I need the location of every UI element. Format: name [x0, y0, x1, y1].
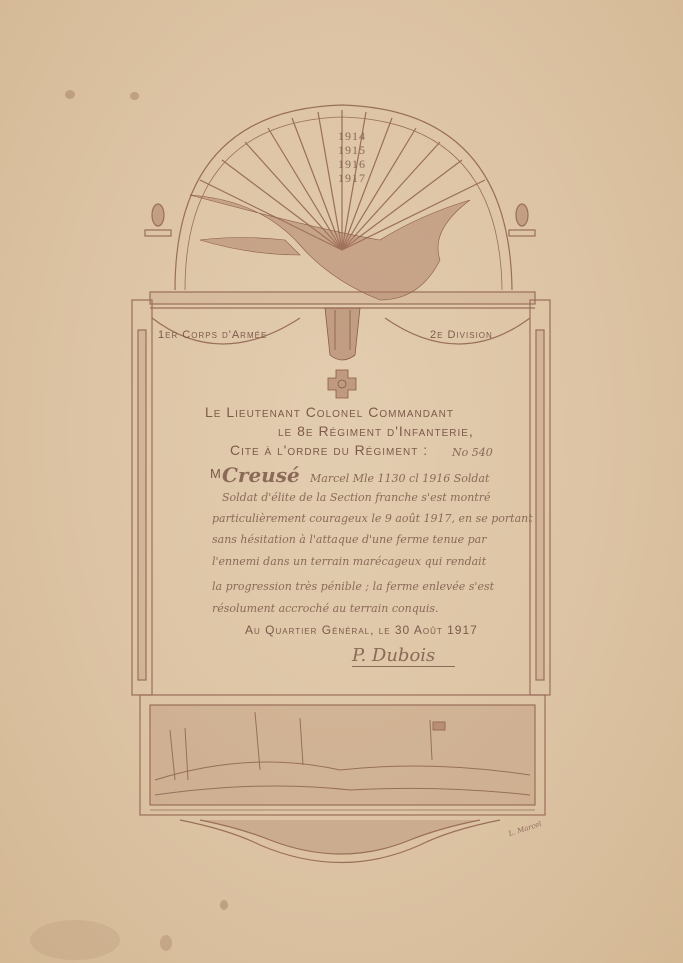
years-cartouche: 1914 1915 1916 1917	[327, 129, 377, 185]
corps-label: 1er Corps d'Armée	[158, 329, 267, 341]
citation-body-line: la progression très pénible ; la ferme e…	[212, 580, 494, 593]
year-1915: 1915	[327, 143, 377, 157]
citation-body-line: particulièrement courageux le 9 août 191…	[212, 512, 533, 525]
signature: P. Dubois	[352, 645, 455, 667]
order-number: No 540	[452, 446, 493, 459]
recipient-name: Creusé	[222, 463, 300, 487]
place-date: Au Quartier Général, le 30 Août 1917	[245, 623, 478, 637]
citation-body-line: sans hésitation à l'attaque d'une ferme …	[212, 533, 486, 546]
heading-line-3: Cite à l'ordre du Régiment :	[230, 442, 428, 458]
heading-line-1: Le Lieutenant Colonel Commandant	[205, 404, 454, 420]
year-1917: 1917	[327, 171, 377, 185]
recipient-details: Marcel Mle 1130 cl 1916 Soldat	[310, 472, 489, 485]
division-label: 2e Division	[430, 329, 493, 341]
croix-de-guerre-icon	[325, 308, 360, 398]
citation-body-line: Soldat d'élite de la Section franche s'e…	[222, 491, 491, 504]
year-1916: 1916	[327, 157, 377, 171]
winged-victory-illustration	[190, 195, 470, 300]
recipient-prefix: M	[210, 466, 222, 481]
year-1914: 1914	[327, 129, 377, 143]
citation-body-line: résolument accroché au terrain conquis.	[212, 602, 439, 615]
heading-line-2: le 8e Régiment d'Infanterie,	[278, 423, 474, 439]
citation-body-line: l'ennemi dans un terrain marécageux qui …	[212, 555, 486, 568]
